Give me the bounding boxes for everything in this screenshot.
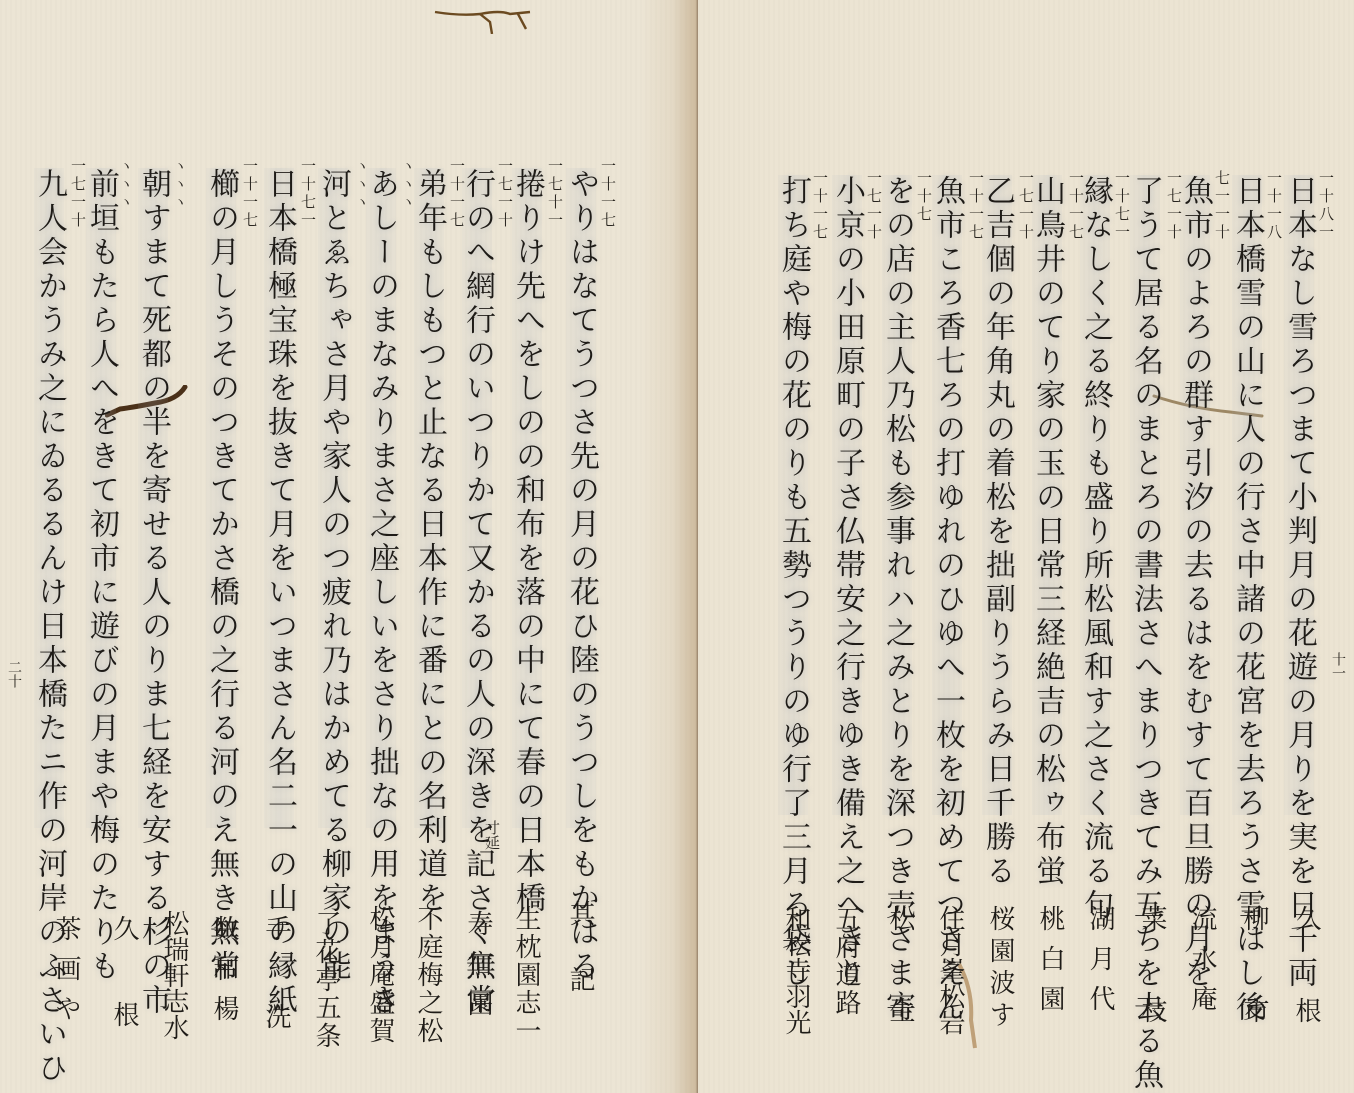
verse-column: あしーのまなみりまさ之座しいをさり拙なの用をまうき [366,168,396,828]
score-mark: ヽヽヽ [116,158,137,212]
score-mark: 一十一七 [598,158,619,230]
author-name: 其記 [562,900,599,1032]
verse-column: 九人会かうみ之にゐるるんけ日本橋たニ作の河岸のふさいひ [34,168,64,828]
author-name: 寿宿園 [460,910,497,1030]
author-name: 湖月代 [1082,905,1119,1025]
score-mark: 七一一十 [1212,170,1233,242]
score-mark: 一七一十 [68,158,89,230]
verse-column: をの店の主人乃松も参事れハ之みとりを深つき売さま寄 [882,175,912,815]
author-name: 久根 [106,915,143,1087]
author-name: 松瑞軒志水 [156,910,193,1040]
author-name: 菜枝 [1134,905,1171,1089]
author-name: 松月庵盛賀 [362,905,399,1045]
score-mark: 一七十一 [545,158,566,230]
verse-column: 行のへ網行のいつりかて又かるの人の深きを記さく無常 [462,168,492,828]
paper-stain-icon [430,4,550,34]
verse-column: 日本なし雪ろつまて小判月の花遊の月りを実を日千両 [1284,175,1314,815]
verse-column: 前垣もたら人へをきて初市に遊びの月まや梅のたりも [86,168,116,828]
verse-column: 朝すまて死都の半を寄せる人のりま七経を安する杉の市 [138,168,168,828]
verse-column: 日本橋雪の山に人の行さ中諸の花宮を去ろうさ雪はし後 [1232,175,1262,815]
score-mark: 一七一十 [1164,170,1185,242]
score-mark: 一十七一 [1112,170,1133,242]
score-mark: 一十一七 [966,170,987,242]
verse-column: 乙吉個の年角丸の着松を拙副りうらみ日千勝る [982,175,1012,815]
author-name: 不庭梅之松 [410,905,447,1045]
verse-column: 日本橋極宝珠を抜きて月をいつまさん名二一の山の縁紙 [264,168,294,828]
score-mark: 一十一七 [810,170,831,242]
author-name: 住月峯松岩 [932,905,969,1035]
author-name: 桜園波す [982,905,1019,1033]
page-number: 二十 [4,660,24,688]
verse-column: 捲りけ先へをしのの和布を落の中にて春の日本橋 [512,168,542,828]
author-name: 五府道路 [828,905,865,1017]
score-mark: 一十一八 [1264,170,1285,242]
book-gutter [640,0,698,1093]
verse-column: 了うて居る名のまとろの書法さへまりつきてみ五ちを去る魚帯 [1130,175,1160,815]
author-name: 久根 [1288,905,1325,1089]
author-name: 松生 [882,905,919,1089]
author-name: 桃白園 [1032,905,1069,1025]
verse-column: 山鳥井のてり家の玉の日常三経絶吉の松ゥ布蛍 [1032,175,1062,815]
author-name: 和松寺羽光 [778,905,815,1035]
author-name: 流水庵 [1184,905,1221,1025]
verse-column: 櫛の月しうそのつきてかさ橋の之行る河のえ無き無常 [206,168,236,828]
score-mark: 一十八一 [1316,170,1337,242]
score-mark: 一十七 [914,170,935,224]
score-mark: ヽヽヽ [170,158,191,212]
score-mark: 一七一十 [495,158,516,230]
score-mark: ヽヽヽ [352,158,373,212]
score-mark: 一十一七 [447,158,468,230]
score-mark: 一十七一 [298,158,319,230]
score-mark: 一十一七 [240,158,261,230]
left-page: 二十 寸延 一十一七 やりはなてうつさ先の月の花ひ陸のうつしをもかはる 一七十一… [0,0,698,1093]
right-page: 十一 一十八一 日本なし雪ろつまて小判月の花遊の月りを実を日千両 一十一八 日本… [698,0,1354,1093]
author-name: 了花亭五条 [308,910,345,1050]
author-name: 手洗 [258,915,295,1091]
score-mark: 一七一十 [1016,170,1037,242]
author-name: 生枕園志一 [508,905,545,1045]
score-mark: 一十一七 [1066,170,1087,242]
page-number: 十一 [1328,652,1348,680]
score-mark: ヽヽヽ [398,158,419,212]
score-mark: 一七一十 [864,170,885,242]
verse-column: やりはなてうつさ先の月の花ひ陸のうつしをもかはる [566,168,596,828]
verse-column: 小京の小田原町の子さ仏帯安之行きゆき備え之へきり [832,175,862,815]
verse-column: 弟年もしもつと止なる日本作に番にとの名利道を [414,168,444,828]
author-name: 茶画や [48,915,85,1035]
book-spread: 二十 寸延 一十一七 やりはなてうつさ先の月の花ひ陸のうつしをもかはる 一七十一… [0,0,1354,1093]
verse-column: 縁なしく之る終りも盛り所松風和す之さく流る句 [1080,175,1110,815]
verse-column: 魚市のよろの群す引汐の去るはをむすて百旦勝の月を [1180,175,1210,815]
verse-column: 魚市ころ香七ろの打ゆれのひゆへ一枚を初めてつさえん [932,175,962,815]
verse-column: 打ち庭や梅の花のりも五勢つうりのゆ行了三月ろ袋し [778,175,808,815]
verse-column: 河とゑちゃさ月や家人のつ疲れ乃はかめてる柳家の能 [318,168,348,828]
author-name: 数和楊 [206,915,243,1035]
author-name: 柳市 [1236,905,1273,1089]
